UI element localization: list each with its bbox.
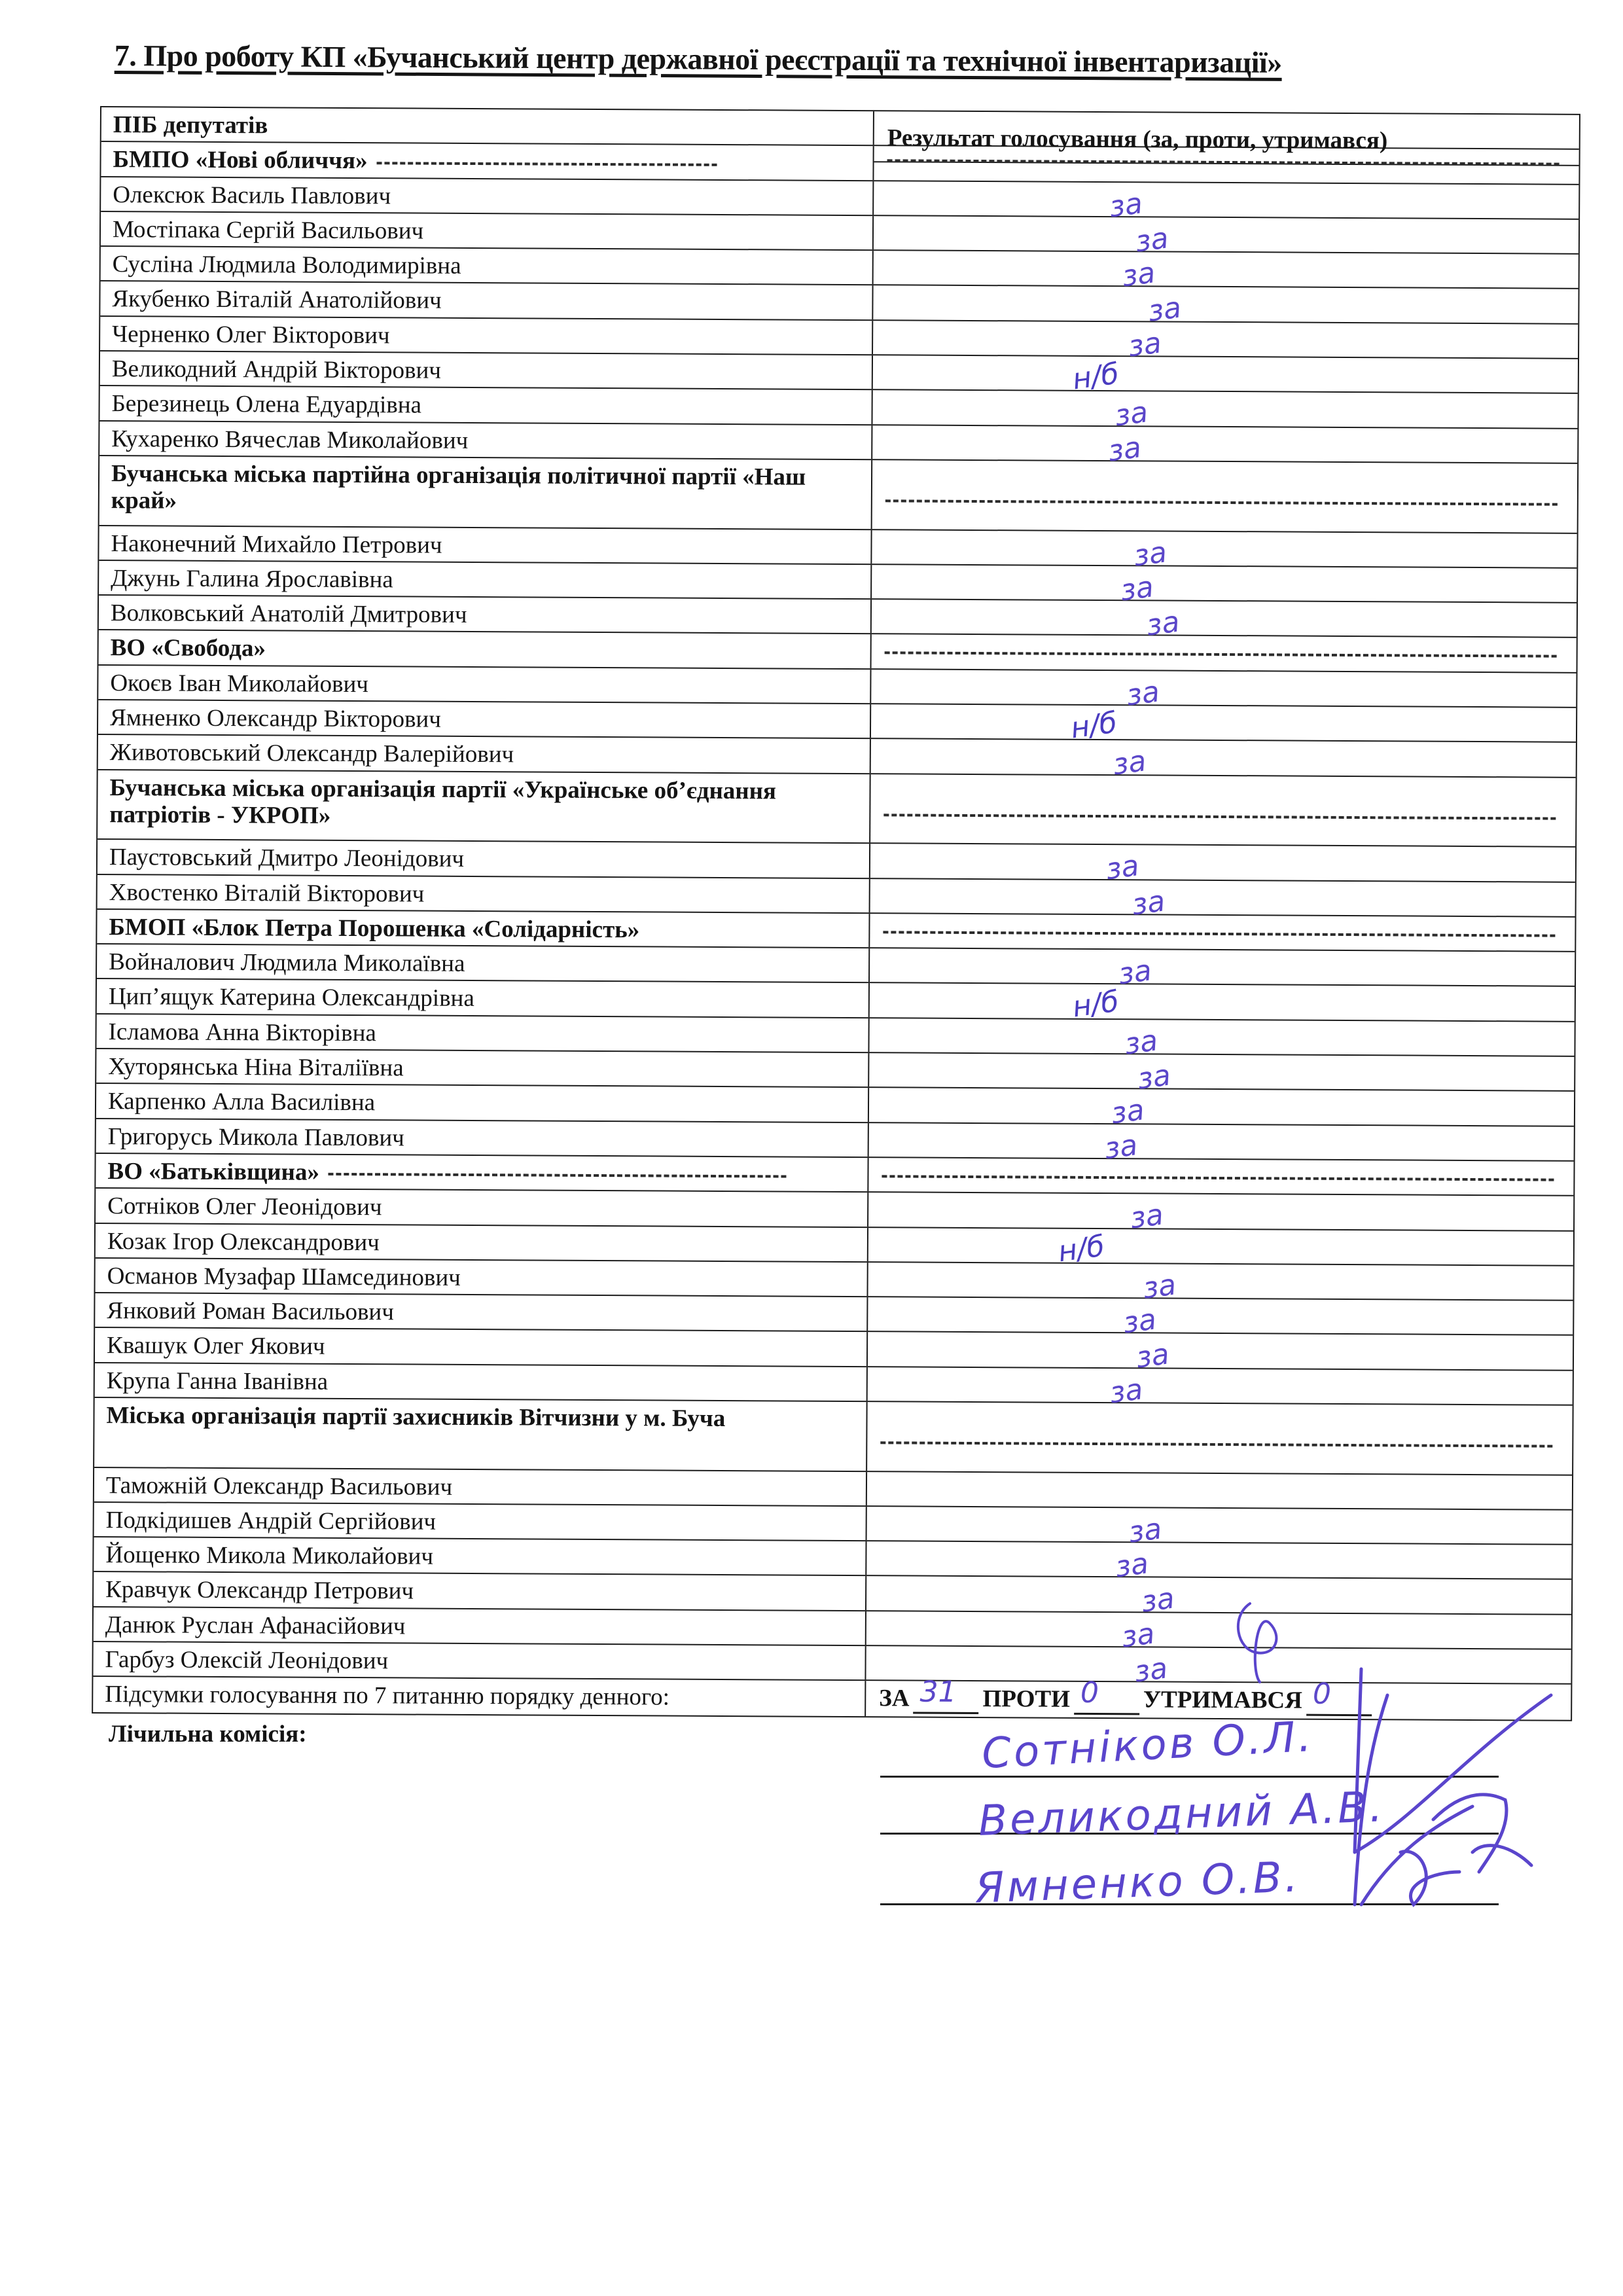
party-name: БМОП «Блок Петра Порошенка «Солідарність… <box>109 914 639 943</box>
vote-result-cell[interactable]: за <box>872 425 1577 463</box>
deputy-name: Якубенко Віталій Анатолійович <box>100 281 873 319</box>
deputy-name: Сотніков Олег Леонідович <box>96 1189 868 1226</box>
deputy-name: Березинець Олена Едуардівна <box>99 386 872 423</box>
dashed-filler <box>377 162 717 166</box>
deputy-name: Йощенко Микола Миколайович <box>94 1537 866 1575</box>
party-group-row: Бучанська міська партійна організація по… <box>99 456 1578 533</box>
proty-label: ПРОТИ <box>982 1685 1070 1713</box>
party-name-cell: БМПО «Нові обличчя» <box>101 142 874 179</box>
counting-commission-label: Лічильна комісія: <box>109 1720 307 1748</box>
utrymavsia-value: 0 <box>1313 1681 1331 1708</box>
party-result-cell <box>870 774 1576 846</box>
party-group-row: Міська організація партії захисників Віт… <box>94 1398 1573 1475</box>
handwritten-vote: за <box>1107 434 1143 465</box>
deputy-name: Гарбуз Олексій Леонідович <box>93 1642 866 1679</box>
agenda-item-title: 7. Про роботу КП «Бучанський центр держа… <box>115 38 1282 80</box>
deputy-name: Подкідишев Андрій Сергійович <box>94 1503 867 1540</box>
vote-result-cell[interactable]: за <box>869 1088 1574 1125</box>
handwritten-vote: за <box>1129 1201 1165 1232</box>
deputy-name: Кравчук Олександр Петрович <box>94 1572 866 1609</box>
handwritten-vote: за <box>1104 852 1140 883</box>
vote-result-cell[interactable]: за <box>872 530 1577 567</box>
party-name: ВО «Свобода» <box>111 635 266 662</box>
vote-result-cell[interactable]: за <box>869 1123 1574 1160</box>
vote-result-cell[interactable]: за <box>873 321 1578 358</box>
vote-result-cell[interactable]: за <box>868 1263 1573 1300</box>
col-result-header-cell: Результат голосування (за, проти, утрима… <box>874 111 1579 149</box>
vote-result-cell[interactable]: за <box>873 286 1578 323</box>
dashed-filler <box>883 931 1555 937</box>
vote-result-cell[interactable]: н/б <box>873 355 1578 393</box>
dashed-filler <box>883 814 1556 819</box>
col-name-header: ПІБ депутатів <box>101 107 874 145</box>
deputy-name: Войналович Людмила Миколаївна <box>97 944 870 982</box>
vote-result-cell[interactable]: за <box>870 948 1575 986</box>
party-name-cell: Міська організація партії захисників Віт… <box>94 1398 868 1471</box>
deputy-name: Карпенко Алла Василівна <box>96 1084 869 1121</box>
handwritten-vote: за <box>1114 1550 1150 1581</box>
deputy-name: Волковський Анатолій Дмитрович <box>99 596 872 633</box>
handwritten-vote: за <box>1123 1027 1159 1058</box>
vote-result-cell[interactable]: за <box>868 1193 1573 1230</box>
party-name-cell: Бучанська міська партійна організація по… <box>99 456 873 529</box>
deputy-name: Османов Музафар Шамсединович <box>96 1259 868 1296</box>
handwritten-vote: за <box>1119 573 1155 604</box>
handwritten-vote: за <box>1122 1306 1158 1336</box>
deputy-name: Григорусь Микола Павлович <box>96 1119 869 1157</box>
vote-result-cell[interactable]: за <box>868 1333 1573 1370</box>
deputy-name: Черненко Олег Вікторович <box>100 317 873 354</box>
vote-result-cell[interactable]: за <box>872 600 1577 637</box>
commission-member-name: Сотніков О.Л. <box>980 1713 1315 1778</box>
party-result-cell <box>874 146 1578 183</box>
vote-result-cell[interactable]: за <box>868 1367 1573 1405</box>
handwritten-vote: за <box>1103 1132 1139 1162</box>
deputy-name: Окоєв Іван Миколайович <box>98 666 871 703</box>
dashed-filler <box>880 1441 1552 1447</box>
handwritten-vote: за <box>1145 608 1181 639</box>
deputy-name: Хвостенко Віталій Вікторович <box>98 875 870 912</box>
handwritten-vote: за <box>1111 747 1147 778</box>
deputy-name: Животовський Олександр Валерійович <box>98 735 871 772</box>
vote-result-cell[interactable]: за <box>874 251 1578 288</box>
voting-table: ПІБ депутатів Результат голосування (за,… <box>92 106 1580 1721</box>
deputy-name: Сусліна Людмила Володимирівна <box>101 247 874 284</box>
party-name: БМПО «Нові обличчя» <box>113 146 367 174</box>
handwritten-vote: за <box>1117 957 1153 988</box>
handwritten-vote: за <box>1108 1376 1144 1407</box>
dashed-filler <box>882 1175 1554 1181</box>
party-name-cell: ВО «Батьківщина» <box>96 1154 868 1191</box>
handwritten-vote: за <box>1113 399 1149 429</box>
handwritten-vote: за <box>1133 1655 1169 1685</box>
handwritten-vote: н/б <box>1071 360 1120 393</box>
za-value: 31 <box>919 1679 956 1706</box>
deputy-name: Паустовський Дмитро Леонідович <box>98 840 870 877</box>
deputy-name: Великодний Андрій Вікторович <box>100 351 873 389</box>
vote-result-cell[interactable]: н/б <box>868 1228 1573 1265</box>
party-result-cell <box>867 1402 1573 1474</box>
party-name: ВО «Батьківщина» <box>107 1158 319 1186</box>
vote-result-cell[interactable]: за <box>871 670 1576 707</box>
signature-flourish-icon <box>1204 1590 1309 1689</box>
deputy-name: Ямненко Олександр Вікторович <box>98 700 871 738</box>
vote-result-cell[interactable]: за <box>867 1507 1572 1544</box>
deputy-name: Козак Ігор Олександрович <box>96 1223 868 1261</box>
vote-result-cell[interactable] <box>867 1472 1572 1509</box>
summary-label: Підсумки голосування по 7 питанню порядк… <box>93 1677 866 1715</box>
deputy-name: Кухаренко Вячеслав Миколайович <box>99 422 872 459</box>
handwritten-vote: за <box>1120 1620 1156 1651</box>
proty-value: 0 <box>1080 1679 1099 1706</box>
deputy-name: Цип’ящук Катерина Олександрівна <box>97 979 870 1016</box>
vote-result-cell[interactable]: за <box>870 844 1575 881</box>
vote-result-cell[interactable]: за <box>866 1541 1571 1579</box>
signature-scribble-icon <box>1335 1656 1610 1931</box>
handwritten-vote: за <box>1127 329 1163 360</box>
proty-field[interactable]: 0 <box>1074 1686 1139 1715</box>
handwritten-vote: за <box>1120 259 1156 290</box>
dashed-filler <box>885 652 1557 658</box>
handwritten-vote: за <box>1125 678 1161 709</box>
vote-result-cell[interactable]: за <box>874 216 1578 253</box>
vote-result-cell[interactable]: за <box>874 181 1578 219</box>
party-name-cell: БМОП «Блок Петра Порошенка «Солідарність… <box>97 910 870 947</box>
dashed-filler <box>329 1173 787 1178</box>
party-name: Бучанська міська організація партії «Укр… <box>109 774 776 829</box>
vote-result-cell[interactable]: за <box>870 879 1575 916</box>
handwritten-vote: за <box>1147 295 1183 325</box>
vote-result-cell[interactable]: н/б <box>870 984 1575 1021</box>
handwritten-vote: за <box>1109 1096 1145 1127</box>
deputy-name: Квашук Олег Якович <box>95 1328 868 1365</box>
utrymavsia-label: УТРИМАВСЯ <box>1143 1687 1302 1714</box>
deputy-name: Крупа Ганна Іванівна <box>95 1363 868 1401</box>
handwritten-vote: за <box>1108 190 1144 221</box>
handwritten-vote: за <box>1134 1341 1170 1372</box>
deputy-name: Хуторянська Ніна Віталіївна <box>96 1049 869 1086</box>
deputy-name: Данюк Руслан Афанасійович <box>94 1607 866 1645</box>
vote-result-cell[interactable]: за <box>872 391 1577 428</box>
party-result-cell <box>872 635 1577 672</box>
deputy-name: Наконечний Михайло Петрович <box>99 526 872 564</box>
handwritten-vote: за <box>1132 539 1168 569</box>
za-label: ЗА <box>879 1685 909 1712</box>
party-name: Бучанська міська партійна організація по… <box>111 460 806 514</box>
vote-result-cell[interactable]: за <box>868 1297 1573 1335</box>
deputy-name: Таможній Олександр Васильович <box>94 1468 867 1505</box>
party-group-row: Бучанська міська організація партії «Укр… <box>98 770 1576 848</box>
party-result-cell <box>868 1158 1573 1195</box>
handwritten-vote: н/б <box>1071 988 1120 1021</box>
vote-result-cell[interactable]: н/б <box>871 704 1576 742</box>
handwritten-vote: за <box>1141 1271 1177 1302</box>
deputy-name: Джунь Галина Ярославівна <box>99 561 872 598</box>
dashed-filler <box>887 160 1560 166</box>
za-field[interactable]: 31 <box>913 1685 978 1715</box>
vote-result-cell[interactable]: за <box>869 1018 1574 1056</box>
handwritten-vote: за <box>1133 224 1169 255</box>
deputy-name: Мостіпака Сергій Васильович <box>101 212 874 249</box>
vote-result-cell[interactable]: за <box>869 1053 1574 1090</box>
party-result-cell <box>870 914 1575 951</box>
party-name-cell: ВО «Свобода» <box>99 630 872 668</box>
deputy-name: Олексюк Василь Павлович <box>101 177 874 215</box>
deputy-name: Ісламова Анна Вікторівна <box>96 1014 869 1052</box>
party-result-cell <box>872 460 1578 532</box>
vote-result-cell[interactable]: за <box>871 740 1576 777</box>
handwritten-vote: н/б <box>1069 709 1119 742</box>
party-name: Міська організація партії захисників Віт… <box>106 1402 725 1432</box>
vote-result-cell[interactable]: за <box>872 565 1577 602</box>
handwritten-vote: за <box>1136 1062 1172 1092</box>
handwritten-vote: за <box>1130 888 1166 918</box>
handwritten-vote: за <box>1140 1585 1176 1616</box>
deputy-name: Янковий Роман Васильович <box>95 1293 868 1331</box>
handwritten-vote: за <box>1127 1515 1163 1546</box>
party-name-cell: Бучанська міська організація партії «Укр… <box>98 770 871 843</box>
dashed-filler <box>885 499 1558 505</box>
handwritten-vote: н/б <box>1056 1232 1106 1265</box>
commission-member-name: Великодний А.В. <box>978 1783 1386 1846</box>
